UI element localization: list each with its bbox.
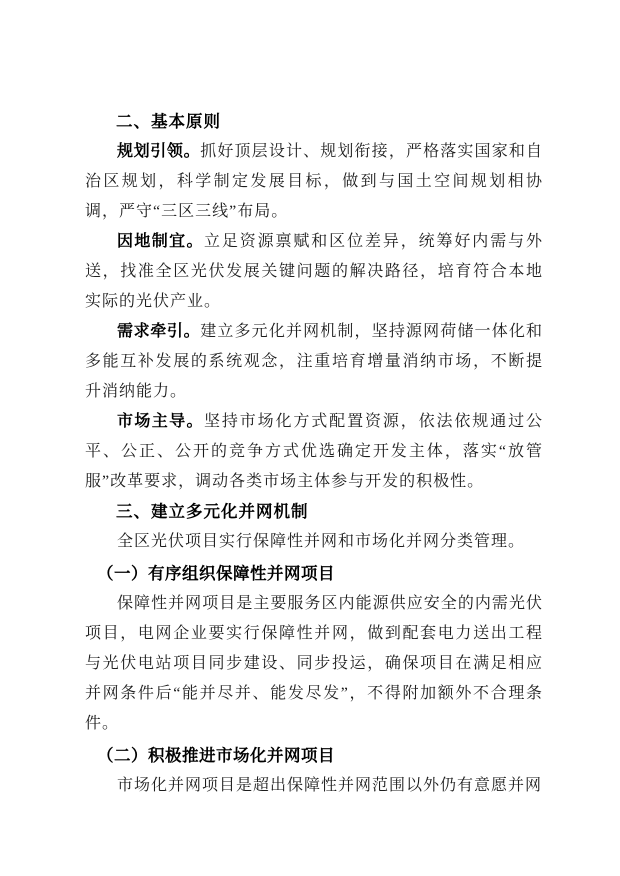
paragraph-lead-planning-guidance: 规划引领。 bbox=[117, 143, 200, 160]
paragraph-classification-management: 全区光伏项目实行保障性并网和市场化并网分类管理。 bbox=[85, 527, 543, 557]
paragraph-market-led: 市场主导。坚持市场化方式配置资源，依法依规通过公平、公正、公开的竞争方式优选确定… bbox=[85, 407, 543, 497]
paragraph-guaranteed-grid-detail: 保障性并网项目是主要服务区内能源供应安全的内需光伏项目，电网企业要实行保障性并网… bbox=[85, 589, 543, 739]
paragraph-planning-guidance: 规划引领。抓好顶层设计、规划衔接，严格落实国家和自治区规划，科学制定发展目标，做… bbox=[85, 137, 543, 227]
sub-heading-guaranteed-grid-projects: （一）有序组织保障性并网项目 bbox=[97, 559, 543, 589]
paragraph-lead-market-led: 市场主导。 bbox=[117, 413, 204, 430]
document-content: 二、基本原则 规划引领。抓好顶层设计、规划衔接，严格落实国家和自治区规划，科学制… bbox=[85, 107, 543, 801]
paragraph-market-grid-detail: 市场化并网项目是超出保障性并网范围以外仍有意愿并网 bbox=[85, 771, 543, 801]
section-heading-grid-connection-mechanism: 三、建立多元化并网机制 bbox=[116, 497, 543, 527]
paragraph-lead-demand-driven: 需求牵引。 bbox=[117, 323, 200, 340]
sub-heading-market-grid-projects: （二）积极推进市场化并网项目 bbox=[97, 741, 543, 771]
section-heading-basic-principles: 二、基本原则 bbox=[116, 107, 543, 137]
paragraph-demand-driven: 需求牵引。建立多元化并网机制，坚持源网荷储一体化和多能互补发展的系统观念，注重培… bbox=[85, 317, 543, 407]
document-page: 二、基本原则 规划引领。抓好顶层设计、规划衔接，严格落实国家和自治区规划，科学制… bbox=[0, 0, 620, 876]
paragraph-lead-local-conditions: 因地制宜。 bbox=[117, 233, 204, 250]
paragraph-local-conditions: 因地制宜。立足资源禀赋和区位差异，统筹好内需与外送，找准全区光伏发展关键问题的解… bbox=[85, 227, 543, 317]
